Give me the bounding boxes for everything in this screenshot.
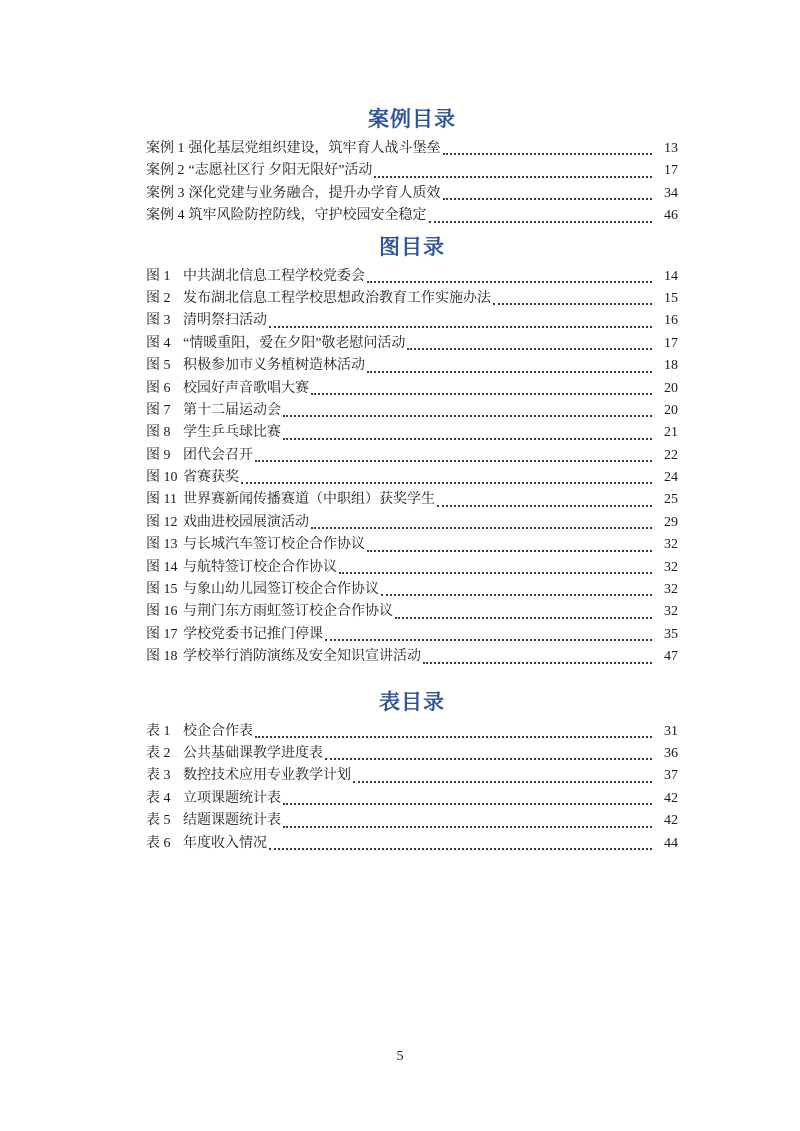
entry-label: 表 1 — [146, 721, 179, 743]
dot-leader — [337, 557, 654, 579]
entry-title: 数控技术应用专业教学计划 — [183, 765, 351, 787]
dot-leader — [421, 646, 654, 668]
entry-title: 世界赛新闻传播赛道（中职组）获奖学生 — [183, 489, 435, 511]
entry-title: “志愿社区行 夕阳无限好”活动 — [189, 160, 373, 182]
entry-page-number: 42 — [654, 788, 678, 810]
dot-leader — [281, 788, 654, 810]
toc-entry: 图 13 与长城汽车签订校企合作协议 32 — [146, 534, 678, 556]
toc-entry: 图 7 第十二届运动会 20 — [146, 400, 678, 422]
entry-page-number: 20 — [654, 378, 678, 400]
entry-title: 发布湖北信息工程学校思想政治教育工作实施办法 — [183, 288, 491, 310]
entry-title: 校企合作表 — [183, 721, 253, 743]
entry-label: 图 5 — [146, 355, 179, 377]
entry-label: 表 4 — [146, 788, 179, 810]
dot-leader — [267, 833, 654, 855]
dot-leader — [253, 445, 654, 467]
entry-page-number: 21 — [654, 422, 678, 444]
toc-entry: 案例 3 深化党建与业务融合，提升办学育人质效 34 — [146, 183, 678, 205]
entry-label: 图 18 — [146, 646, 179, 668]
dot-leader — [281, 810, 654, 832]
entry-title: “情暖重阳，爱在夕阳”敬老慰问活动 — [183, 333, 405, 355]
entry-label: 图 16 — [146, 601, 179, 623]
entry-title: 公共基础课教学进度表 — [183, 743, 323, 765]
entry-page-number: 16 — [654, 310, 678, 332]
entry-title: 积极参加市义务植树造林活动 — [183, 355, 365, 377]
dot-leader — [267, 310, 654, 332]
toc-entry: 图 2 发布湖北信息工程学校思想政治教育工作实施办法 15 — [146, 288, 678, 310]
entry-title: 年度收入情况 — [183, 833, 267, 855]
entry-title: 学生乒乓球比赛 — [183, 422, 281, 444]
toc-entry: 图 1 中共湖北信息工程学校党委会 14 — [146, 266, 678, 288]
section-title: 表目录 — [146, 689, 678, 717]
toc-entry: 案例 1 强化基层党组织建设，筑牢育人战斗堡垒 13 — [146, 138, 678, 160]
dot-leader — [365, 355, 654, 377]
toc-entry: 图 4 “情暖重阳，爱在夕阳”敬老慰问活动 17 — [146, 333, 678, 355]
entry-label: 表 2 — [146, 743, 179, 765]
toc-entry: 图 10 省赛获奖 24 — [146, 467, 678, 489]
toc-entry: 表 4 立项课题统计表 42 — [146, 788, 678, 810]
entry-page-number: 34 — [654, 183, 678, 205]
entry-label: 图 2 — [146, 288, 179, 310]
dot-leader — [427, 205, 655, 227]
entry-page-number: 32 — [654, 534, 678, 556]
entry-title: 与象山幼儿园签订校企合作协议 — [183, 579, 379, 601]
entry-page-number: 44 — [654, 833, 678, 855]
entry-label: 表 6 — [146, 833, 179, 855]
entry-title: 校园好声音歌唱大赛 — [183, 378, 309, 400]
entry-label: 图 14 — [146, 557, 179, 579]
entry-title: 省赛获奖 — [183, 467, 239, 489]
entry-page-number: 24 — [654, 467, 678, 489]
toc-section: 表目录 表 1 校企合作表 31 表 2 公共基础课教学进度表 36 表 3 数… — [146, 689, 678, 855]
dot-leader — [365, 266, 654, 288]
entry-page-number: 37 — [654, 765, 678, 787]
dot-leader — [281, 422, 654, 444]
entry-page-number: 42 — [654, 810, 678, 832]
entry-title: 团代会召开 — [183, 445, 253, 467]
section-title: 案例目录 — [146, 106, 678, 134]
entry-label: 图 13 — [146, 534, 179, 556]
entry-title: 筑牢风险防控防线，守护校园安全稳定 — [189, 205, 427, 227]
entry-title: 立项课题统计表 — [183, 788, 281, 810]
toc-entry: 图 9 团代会召开 22 — [146, 445, 678, 467]
dot-leader — [393, 601, 654, 623]
dot-leader — [435, 489, 654, 511]
entry-title: 戏曲进校园展演活动 — [183, 512, 309, 534]
document-page: 案例目录 案例 1 强化基层党组织建设，筑牢育人战斗堡垒 13 案例 2 “志愿… — [0, 0, 800, 1131]
page-number: 5 — [397, 1049, 404, 1064]
entry-page-number: 32 — [654, 601, 678, 623]
entry-page-number: 17 — [654, 333, 678, 355]
entry-page-number: 25 — [654, 489, 678, 511]
entry-label: 图 3 — [146, 310, 179, 332]
toc-entry: 图 18 学校举行消防演练及安全知识宣讲活动 47 — [146, 646, 678, 668]
entry-page-number: 31 — [654, 721, 678, 743]
entry-label: 案例 1 — [146, 138, 185, 160]
entry-page-number: 18 — [654, 355, 678, 377]
entry-title: 学校党委书记推门停课 — [183, 624, 323, 646]
dot-leader — [405, 333, 654, 355]
toc-entry: 图 12 戏曲进校园展演活动 29 — [146, 512, 678, 534]
entry-page-number: 14 — [654, 266, 678, 288]
entry-page-number: 46 — [654, 205, 678, 227]
section-entries: 表 1 校企合作表 31 表 2 公共基础课教学进度表 36 表 3 数控技术应… — [146, 721, 678, 855]
dot-leader — [441, 183, 655, 205]
entry-title: 与荆门东方雨虹签订校企合作协议 — [183, 601, 393, 623]
toc-entry: 表 2 公共基础课教学进度表 36 — [146, 743, 678, 765]
entry-title: 结题课题统计表 — [183, 810, 281, 832]
toc-entry: 图 3 清明祭扫活动 16 — [146, 310, 678, 332]
entry-label: 图 4 — [146, 333, 179, 355]
entry-label: 图 1 — [146, 266, 179, 288]
entry-label: 图 8 — [146, 422, 179, 444]
dot-leader — [441, 138, 655, 160]
section-entries: 图 1 中共湖北信息工程学校党委会 14 图 2 发布湖北信息工程学校思想政治教… — [146, 266, 678, 669]
entry-page-number: 32 — [654, 579, 678, 601]
entry-label: 表 3 — [146, 765, 179, 787]
entry-page-number: 35 — [654, 624, 678, 646]
entry-label: 案例 2 — [146, 160, 185, 182]
dot-leader — [323, 624, 654, 646]
dot-leader — [323, 743, 654, 765]
entry-label: 案例 3 — [146, 183, 185, 205]
entry-page-number: 47 — [654, 646, 678, 668]
entry-label: 图 9 — [146, 445, 179, 467]
entry-title: 深化党建与业务融合，提升办学育人质效 — [189, 183, 441, 205]
entry-title: 与长城汽车签订校企合作协议 — [183, 534, 365, 556]
toc-entry: 图 6 校园好声音歌唱大赛 20 — [146, 378, 678, 400]
entry-page-number: 29 — [654, 512, 678, 534]
toc-entry: 表 6 年度收入情况 44 — [146, 833, 678, 855]
section-entries: 案例 1 强化基层党组织建设，筑牢育人战斗堡垒 13 案例 2 “志愿社区行 夕… — [146, 138, 678, 228]
entry-page-number: 22 — [654, 445, 678, 467]
entry-title: 学校举行消防演练及安全知识宣讲活动 — [183, 646, 421, 668]
dot-leader — [253, 721, 654, 743]
entry-title: 强化基层党组织建设，筑牢育人战斗堡垒 — [189, 138, 441, 160]
entry-label: 案例 4 — [146, 205, 185, 227]
toc-content: 案例目录 案例 1 强化基层党组织建设，筑牢育人战斗堡垒 13 案例 2 “志愿… — [146, 0, 678, 855]
dot-leader — [365, 534, 654, 556]
dot-leader — [379, 579, 654, 601]
toc-entry: 案例 2 “志愿社区行 夕阳无限好”活动 17 — [146, 160, 678, 182]
toc-entry: 图 15 与象山幼儿园签订校企合作协议 32 — [146, 579, 678, 601]
entry-page-number: 36 — [654, 743, 678, 765]
entry-page-number: 32 — [654, 557, 678, 579]
toc-entry: 图 16 与荆门东方雨虹签订校企合作协议 32 — [146, 601, 678, 623]
entry-label: 表 5 — [146, 810, 179, 832]
entry-title: 中共湖北信息工程学校党委会 — [183, 266, 365, 288]
toc-entry: 表 1 校企合作表 31 — [146, 721, 678, 743]
toc-section: 案例目录 案例 1 强化基层党组织建设，筑牢育人战斗堡垒 13 案例 2 “志愿… — [146, 106, 678, 228]
toc-entry: 图 11 世界赛新闻传播赛道（中职组）获奖学生 25 — [146, 489, 678, 511]
entry-label: 图 11 — [146, 489, 179, 511]
entry-title: 清明祭扫活动 — [183, 310, 267, 332]
toc-entry: 图 5 积极参加市义务植树造林活动 18 — [146, 355, 678, 377]
dot-leader — [309, 378, 654, 400]
entry-page-number: 15 — [654, 288, 678, 310]
toc-entry: 图 14 与航特签订校企合作协议 32 — [146, 557, 678, 579]
dot-leader — [491, 288, 654, 310]
dot-leader — [351, 765, 654, 787]
entry-label: 图 15 — [146, 579, 179, 601]
dot-leader — [281, 400, 654, 422]
dot-leader — [372, 160, 654, 182]
toc-entry: 表 3 数控技术应用专业教学计划 37 — [146, 765, 678, 787]
entry-page-number: 20 — [654, 400, 678, 422]
entry-title: 与航特签订校企合作协议 — [183, 557, 337, 579]
toc-entry: 图 8 学生乒乓球比赛 21 — [146, 422, 678, 444]
entry-page-number: 17 — [654, 160, 678, 182]
section-title: 图目录 — [146, 234, 678, 262]
entry-label: 图 10 — [146, 467, 179, 489]
entry-page-number: 13 — [654, 138, 678, 160]
toc-section: 图目录 图 1 中共湖北信息工程学校党委会 14 图 2 发布湖北信息工程学校思… — [146, 234, 678, 669]
toc-entry: 案例 4 筑牢风险防控防线，守护校园安全稳定 46 — [146, 205, 678, 227]
entry-title: 第十二届运动会 — [183, 400, 281, 422]
page-footer: 5 — [0, 1046, 800, 1068]
entry-label: 图 6 — [146, 378, 179, 400]
dot-leader — [309, 512, 654, 534]
entry-label: 图 7 — [146, 400, 179, 422]
dot-leader — [239, 467, 654, 489]
toc-entry: 图 17 学校党委书记推门停课 35 — [146, 624, 678, 646]
entry-label: 图 17 — [146, 624, 179, 646]
toc-entry: 表 5 结题课题统计表 42 — [146, 810, 678, 832]
entry-label: 图 12 — [146, 512, 179, 534]
